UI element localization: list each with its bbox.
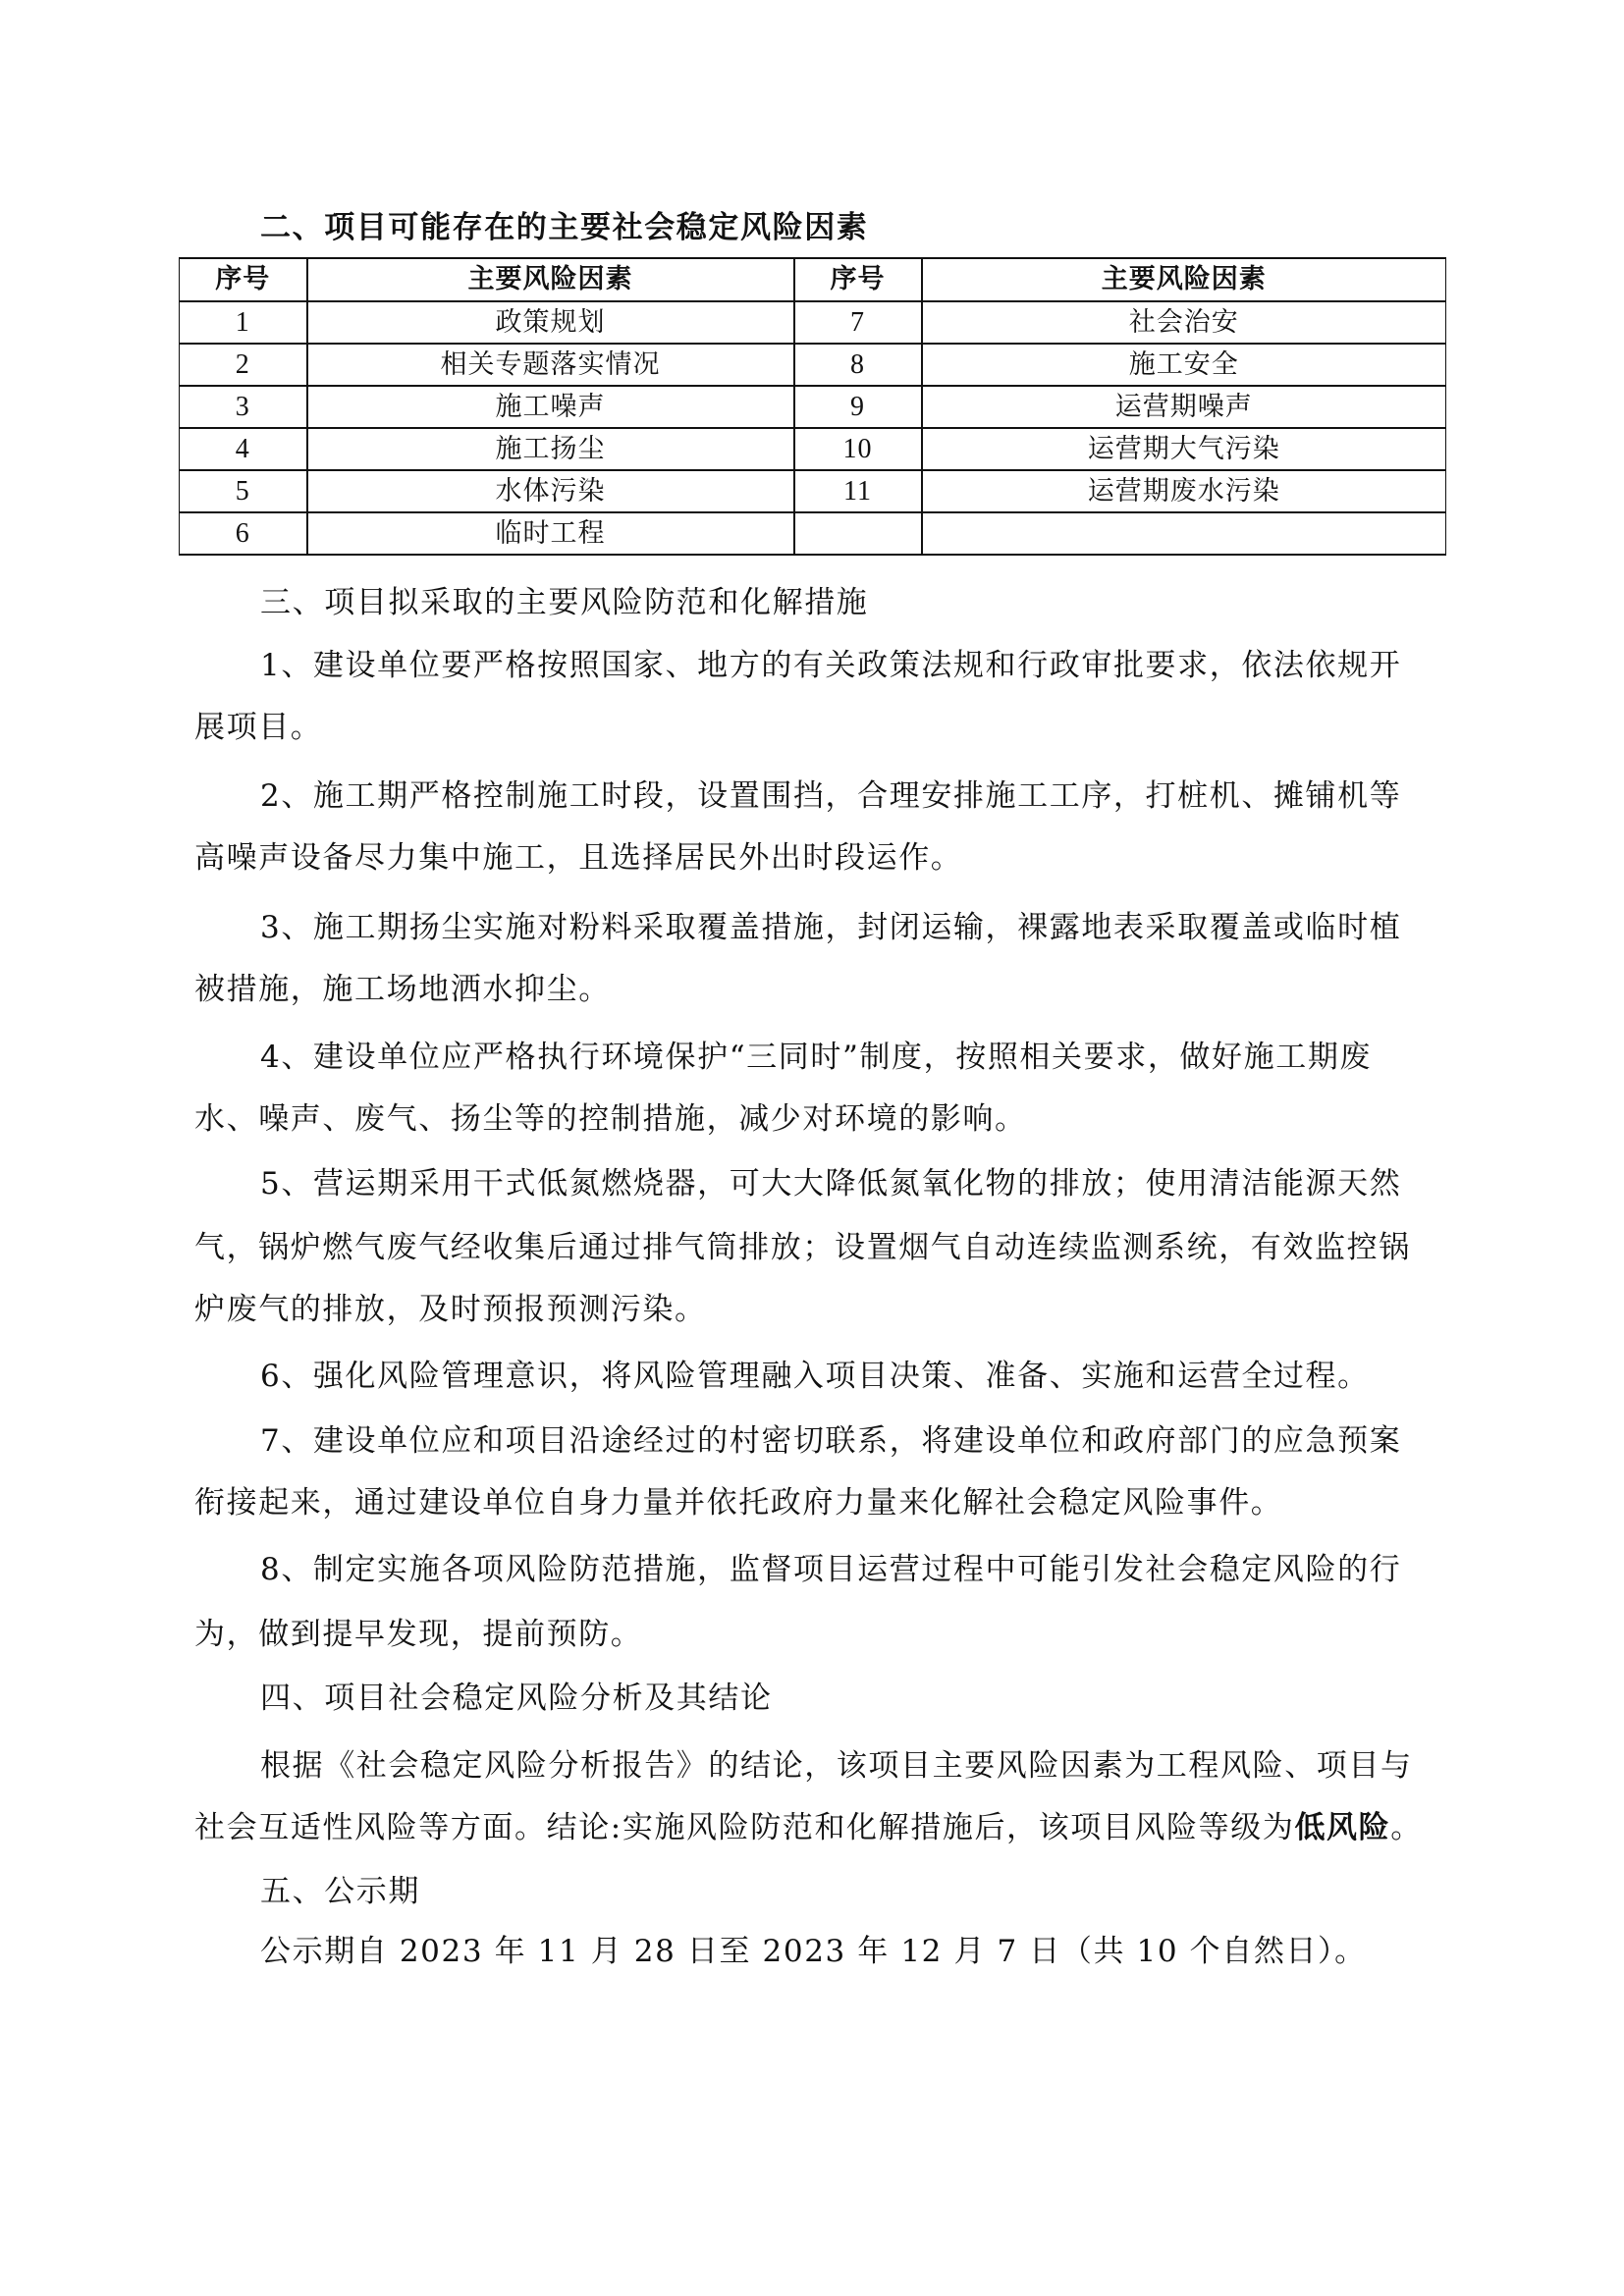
header-factor-right: 主要风险因素	[922, 258, 1446, 301]
measure-7-line-2: 衔接起来，通过建设单位自身力量并依托政府力量来化解社会稳定风险事件。	[194, 1483, 1443, 1522]
cell-no: 1	[180, 301, 307, 344]
cell-factor: 施工安全	[922, 344, 1446, 386]
section-2-title: 二、项目可能存在的主要社会稳定风险因素	[260, 208, 1443, 247]
publicity-period-text: 公示期自 2023 年 11 月 28 日至 2023 年 12 月 7 日（共…	[260, 1932, 1443, 1971]
measure-5-line-2: 气，锅炉燃气废气经收集后通过排气筒排放；设置烟气自动连续监测系统，有效监控锅	[194, 1228, 1443, 1267]
cell-factor: 社会治安	[922, 301, 1446, 344]
cell-no: 4	[180, 428, 307, 470]
cell-no: 3	[180, 386, 307, 428]
conclusion-end: 。	[1390, 1810, 1423, 1845]
measure-2-line-2: 高噪声设备尽力集中施工，且选择居民外出时段运作。	[194, 838, 1443, 878]
table-row: 5 水体污染 11 运营期废水污染	[180, 470, 1446, 512]
header-factor-left: 主要风险因素	[307, 258, 794, 301]
cell-factor: 水体污染	[307, 470, 794, 512]
cell-factor: 运营期废水污染	[922, 470, 1446, 512]
conclusion-line-1: 根据《社会稳定风险分析报告》的结论，该项目主要风险因素为工程风险、项目与	[260, 1746, 1443, 1786]
measure-5-line-3: 炉废气的排放，及时预报预测污染。	[194, 1290, 1443, 1329]
cell-factor: 施工扬尘	[307, 428, 794, 470]
conclusion-line-2: 社会互适性风险等方面。结论:实施风险防范和化解措施后，该项目风险等级为低风险。	[194, 1808, 1443, 1847]
measure-4-line-2: 水、噪声、废气、扬尘等的控制措施，减少对环境的影响。	[194, 1099, 1443, 1139]
conclusion-text: 社会互适性风险等方面。结论:实施风险防范和化解措施后，该项目风险等级为	[194, 1810, 1294, 1845]
table-row: 1 政策规划 7 社会治安	[180, 301, 1446, 344]
cell-factor	[922, 512, 1446, 555]
cell-no	[794, 512, 922, 555]
cell-no: 8	[794, 344, 922, 386]
cell-no: 5	[180, 470, 307, 512]
measure-3-line-1: 3、施工期扬尘实施对粉料采取覆盖措施，封闭运输，裸露地表采取覆盖或临时植	[260, 908, 1443, 947]
cell-no: 6	[180, 512, 307, 555]
measure-2-line-1: 2、施工期严格控制施工时段，设置围挡，合理安排施工工序，打桩机、摊铺机等	[260, 776, 1443, 816]
measure-8-line-2: 为，做到提早发现，提前预防。	[194, 1615, 1443, 1654]
measure-1-line-1: 1、建设单位要严格按照国家、地方的有关政策法规和行政审批要求，依法依规开	[260, 646, 1443, 685]
measure-3-line-2: 被措施，施工场地洒水抑尘。	[194, 970, 1443, 1009]
document-page: 二、项目可能存在的主要社会稳定风险因素 序号 主要风险因素 序号 主要风险因素 …	[0, 0, 1624, 2296]
cell-no: 2	[180, 344, 307, 386]
measure-8-line-1: 8、制定实施各项风险防范措施，监督项目运营过程中可能引发社会稳定风险的行	[260, 1550, 1443, 1589]
header-no-right: 序号	[794, 258, 922, 301]
risk-factor-table: 序号 主要风险因素 序号 主要风险因素 1 政策规划 7 社会治安 2 相关专题…	[179, 257, 1446, 556]
cell-no: 10	[794, 428, 922, 470]
table-row: 6 临时工程	[180, 512, 1446, 555]
table-row: 2 相关专题落实情况 8 施工安全	[180, 344, 1446, 386]
cell-factor: 临时工程	[307, 512, 794, 555]
measure-5-line-1: 5、营运期采用干式低氮燃烧器，可大大降低氮氧化物的排放；使用清洁能源天然	[260, 1164, 1443, 1203]
section-5-title: 五、公示期	[260, 1872, 1443, 1911]
table-row: 3 施工噪声 9 运营期噪声	[180, 386, 1446, 428]
measure-7-line-1: 7、建设单位应和项目沿途经过的村密切联系，将建设单位和政府部门的应急预案	[260, 1421, 1443, 1461]
section-3-title: 三、项目拟采取的主要风险防范和化解措施	[260, 583, 1443, 622]
table-row: 4 施工扬尘 10 运营期大气污染	[180, 428, 1446, 470]
risk-level-label: 低风险	[1294, 1810, 1390, 1845]
measure-1-line-2: 展项目。	[194, 708, 1443, 747]
cell-factor: 政策规划	[307, 301, 794, 344]
cell-no: 7	[794, 301, 922, 344]
measure-6-line-1: 6、强化风险管理意识，将风险管理融入项目决策、准备、实施和运营全过程。	[260, 1357, 1443, 1396]
cell-factor: 相关专题落实情况	[307, 344, 794, 386]
cell-no: 9	[794, 386, 922, 428]
section-4-title: 四、项目社会稳定风险分析及其结论	[260, 1679, 1443, 1718]
cell-factor: 运营期噪声	[922, 386, 1446, 428]
cell-no: 11	[794, 470, 922, 512]
header-no-left: 序号	[180, 258, 307, 301]
measure-4-line-1: 4、建设单位应严格执行环境保护“三同时”制度，按照相关要求，做好施工期废	[260, 1038, 1443, 1077]
cell-factor: 施工噪声	[307, 386, 794, 428]
table-header-row: 序号 主要风险因素 序号 主要风险因素	[180, 258, 1446, 301]
cell-factor: 运营期大气污染	[922, 428, 1446, 470]
